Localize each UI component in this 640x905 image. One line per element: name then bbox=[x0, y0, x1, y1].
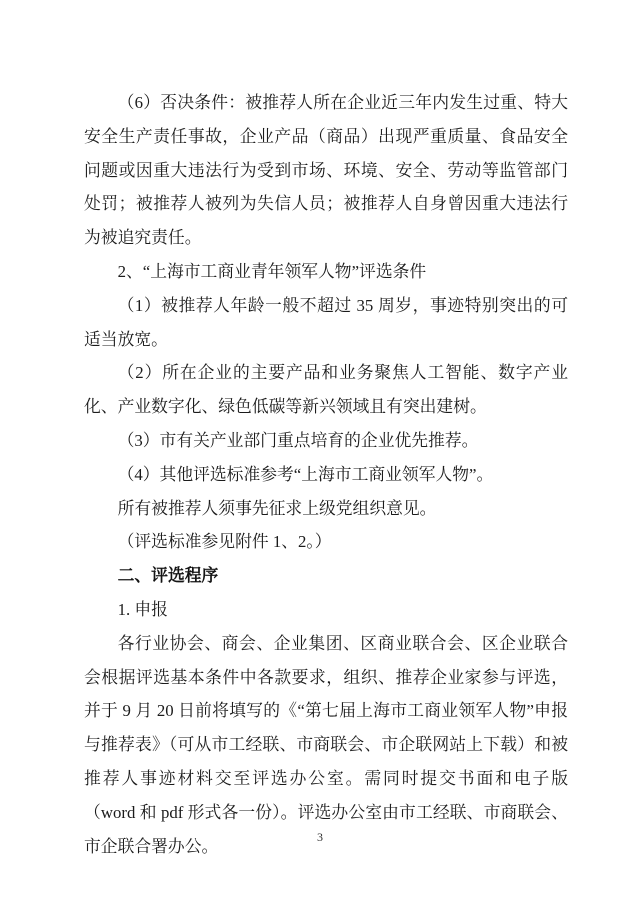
paragraph-condition-1: （1）被推荐人年龄一般不超过 35 周岁，事迹特别突出的可适当放宽。 bbox=[84, 289, 568, 357]
paragraph-youth-leader-criteria-title: 2、“上海市工商业青年领军人物”评选条件 bbox=[84, 255, 568, 289]
document-page: （6）否决条件：被推荐人所在企业近三年内发生过重、特大安全生产责任事故，企业产品… bbox=[0, 0, 640, 905]
section-heading-selection-procedure: 二、评选程序 bbox=[84, 559, 568, 593]
paragraph-appendix-note: （评选标准参见附件 1、2。） bbox=[84, 525, 568, 559]
paragraph-condition-4: （4）其他评选标准参考“上海市工商业领军人物”。 bbox=[84, 458, 568, 492]
document-body: （6）否决条件：被推荐人所在企业近三年内发生过重、特大安全生产责任事故，企业产品… bbox=[84, 86, 568, 863]
paragraph-party-opinion-note: 所有被推荐人须事先征求上级党组织意见。 bbox=[84, 492, 568, 526]
paragraph-condition-2: （2）所在企业的主要产品和业务聚焦人工智能、数字产业化、产业数字化、绿色低碳等新… bbox=[84, 356, 568, 424]
paragraph-step-1-application: 1. 申报 bbox=[84, 593, 568, 627]
page-number: 3 bbox=[0, 828, 640, 846]
paragraph-condition-3: （3）市有关产业部门重点培育的企业优先推荐。 bbox=[84, 424, 568, 458]
paragraph-veto-conditions: （6）否决条件：被推荐人所在企业近三年内发生过重、特大安全生产责任事故，企业产品… bbox=[84, 86, 568, 255]
